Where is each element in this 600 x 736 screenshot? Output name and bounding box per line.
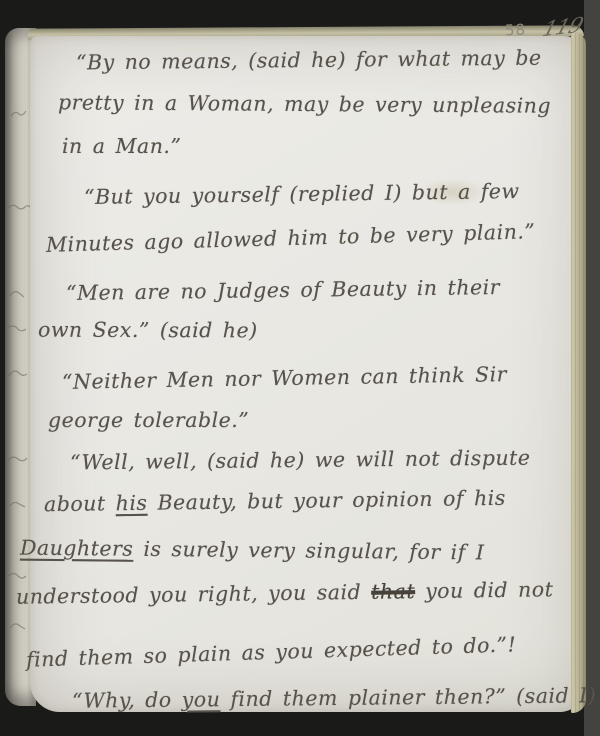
text-segment: Minutes ago allowed him to be very plain… bbox=[46, 219, 536, 257]
text-segment: in a Man.” bbox=[62, 134, 181, 158]
manuscript-line: “Why, do you find them plainer then?” (s… bbox=[72, 683, 597, 712]
manuscript-line: “Neither Men nor Women can think Sir bbox=[62, 362, 507, 394]
underlined-word: you bbox=[182, 687, 221, 711]
text-segment: Beauty, but your opinion of his bbox=[147, 486, 506, 515]
manuscript-line: george tolerable.” bbox=[48, 408, 249, 432]
manuscript-line: understood you right, you said that you … bbox=[16, 577, 554, 609]
manuscript-line: Daughters is surely very singular, for i… bbox=[20, 536, 485, 565]
manuscript-line: own Sex.” (said he) bbox=[38, 318, 258, 343]
manuscript-line: Minutes ago allowed him to be very plain… bbox=[46, 219, 536, 257]
text-segment: pretty in a Woman, may be very unpleasin… bbox=[58, 90, 551, 117]
text-segment: understood you right, you said bbox=[16, 580, 372, 609]
text-segment: “Why, do bbox=[72, 688, 182, 713]
text-segment: george tolerable.” bbox=[48, 408, 249, 432]
manuscript-line: in a Man.” bbox=[62, 134, 181, 158]
text-segment: “Well, well, (said he) we will not dispu… bbox=[70, 446, 531, 475]
text-segment: you did not bbox=[415, 577, 554, 603]
text-segment: own Sex.” (said he) bbox=[38, 318, 258, 343]
underlined-word: Daughters bbox=[20, 536, 134, 561]
manuscript-line: “Well, well, (said he) we will not dispu… bbox=[70, 446, 531, 475]
underlined-word: his bbox=[116, 491, 148, 515]
text-segment: “Neither Men nor Women can think Sir bbox=[62, 362, 507, 394]
manuscript-text: “By no means, (said he) for what may bep… bbox=[0, 0, 600, 736]
text-segment: find them so plain as you expected to do… bbox=[26, 632, 517, 671]
manuscript-line: “But you yourself (replied I) but a few bbox=[84, 179, 520, 209]
text-segment: “But you yourself (replied I) but a few bbox=[84, 179, 520, 209]
manuscript-line: find them so plain as you expected to do… bbox=[26, 632, 517, 671]
manuscript-line: “Men are no Judges of Beauty in their bbox=[66, 275, 500, 305]
text-segment: find them plainer then?” (said I) bbox=[220, 683, 596, 711]
text-segment: about bbox=[44, 491, 116, 516]
text-segment: “Men are no Judges of Beauty in their bbox=[66, 275, 500, 305]
struck-word: that bbox=[371, 579, 415, 604]
text-segment: “By no means, (said he) for what may be bbox=[76, 46, 542, 75]
manuscript-photo: 58 119 “By no means, (said he) for what … bbox=[0, 0, 600, 736]
manuscript-line: about his Beauty, but your opinion of hi… bbox=[44, 486, 506, 516]
manuscript-line: “By no means, (said he) for what may be bbox=[76, 46, 542, 75]
manuscript-line: pretty in a Woman, may be very unpleasin… bbox=[58, 90, 551, 117]
text-segment: is surely very singular, for if I bbox=[133, 537, 484, 565]
